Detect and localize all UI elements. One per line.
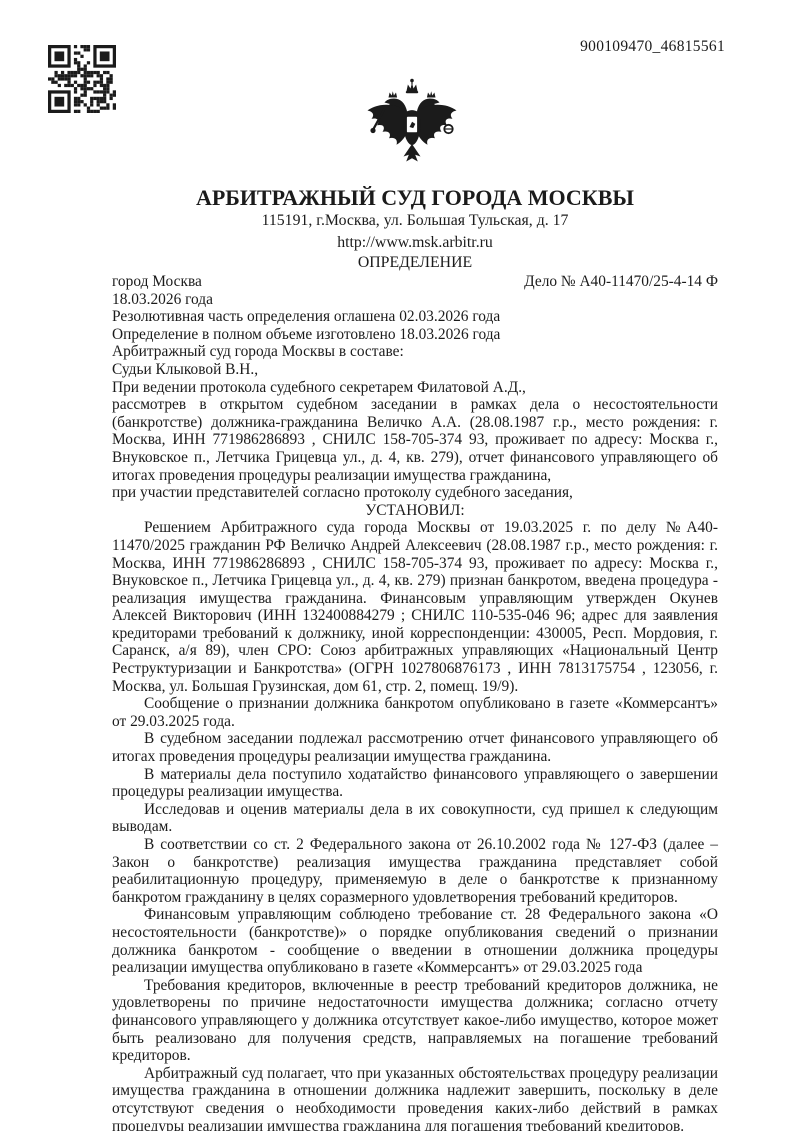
case-number: Дело № А40-11470/25-4-14 Ф <box>524 273 718 291</box>
ruling-paragraph: В материалы дела поступило ходатайство ф… <box>112 766 718 801</box>
ruling-paragraph: Сообщение о признании должника банкротом… <box>112 695 718 730</box>
ruling-paragraph: В судебном заседании подлежал рассмотрен… <box>112 730 718 765</box>
ruling-paragraph: Финансовым управляющим соблюдено требова… <box>112 906 718 976</box>
qr-code-icon <box>48 45 116 113</box>
city-label: город Москва <box>112 273 202 291</box>
preamble-line: при участии представителей согласно прот… <box>112 484 718 502</box>
document-date: 18.03.2026 года <box>112 291 718 309</box>
ruling-paragraph: Арбитражный суд полагает, что при указан… <box>112 1065 718 1131</box>
preamble-line: Судьи Клыковой В.Н., <box>112 361 718 379</box>
document-body: АРБИТРАЖНЫЙ СУД ГОРОДА МОСКВЫ 115191, г.… <box>112 0 718 1131</box>
scanned-court-document-page: 900109470_46815561 <box>0 0 800 1131</box>
preamble-line: Арбитражный суд города Москвы в составе: <box>112 343 718 361</box>
established-heading: УСТАНОВИЛ: <box>112 502 718 520</box>
document-type-heading: ОПРЕДЕЛЕНИЕ <box>112 253 718 273</box>
preamble-line: Резолютивная часть определения оглашена … <box>112 308 718 326</box>
preamble-line: При ведении протокола судебного секретар… <box>112 379 718 397</box>
court-name-title: АРБИТРАЖНЫЙ СУД ГОРОДА МОСКВЫ <box>112 186 718 210</box>
ruling-paragraph: Решением Арбитражного суда города Москвы… <box>112 519 718 695</box>
court-address: 115191, г.Москва, ул. Большая Тульская, … <box>112 210 718 232</box>
preamble-paragraph: рассмотрев в открытом судебном заседании… <box>112 396 718 484</box>
ruling-paragraph: Требования кредиторов, включенные в реес… <box>112 977 718 1065</box>
ruling-paragraph: Исследовав и оценив материалы дела в их … <box>112 801 718 836</box>
ruling-paragraph: В соответствии со ст. 2 Федерального зак… <box>112 836 718 906</box>
preamble-line: Определение в полном объеме изготовлено … <box>112 326 718 344</box>
city-and-case-row: город Москва Дело № А40-11470/25-4-14 Ф <box>112 273 718 291</box>
court-website: http://www.msk.arbitr.ru <box>112 232 718 253</box>
